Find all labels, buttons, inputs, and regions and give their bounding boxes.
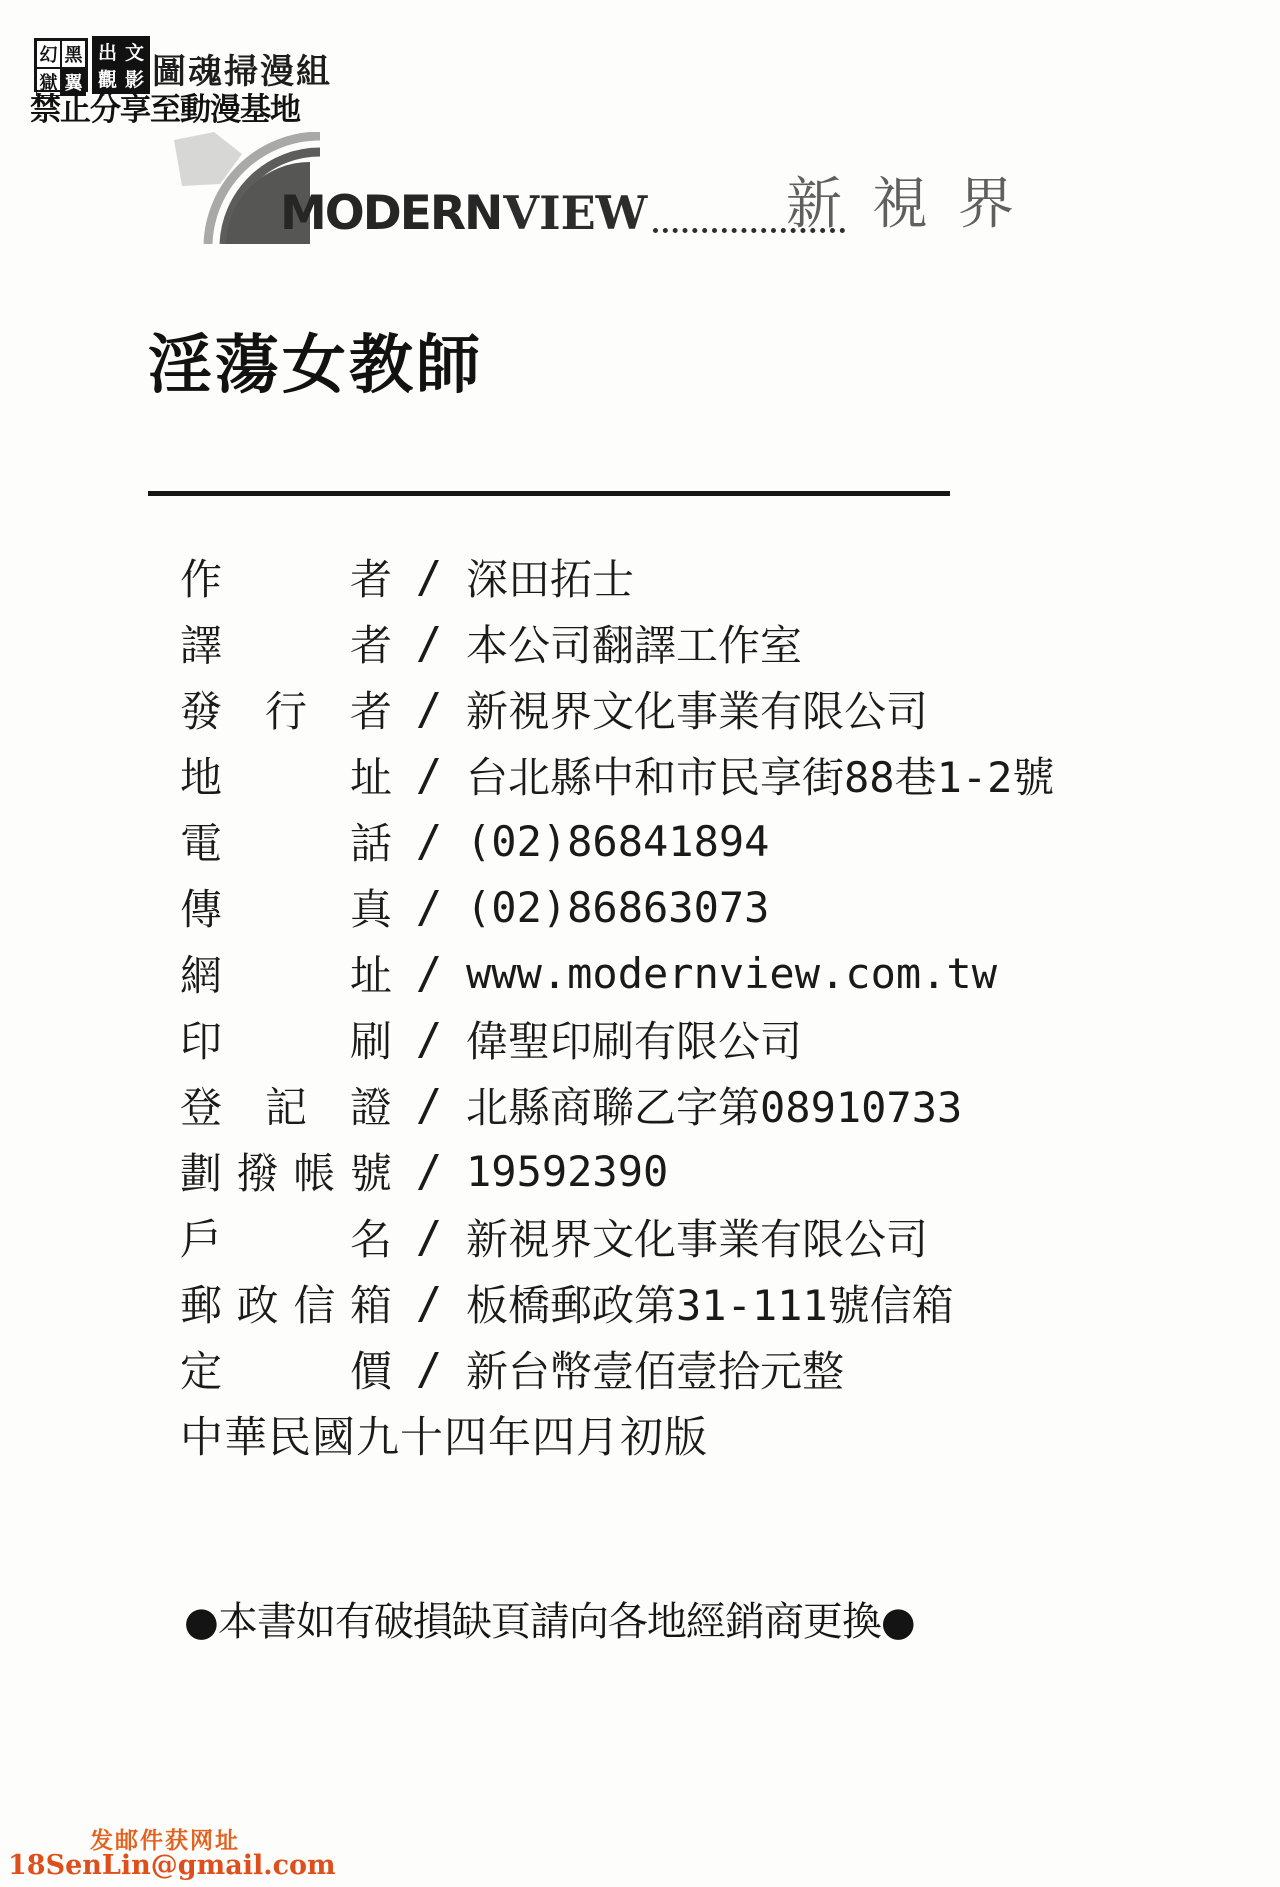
brand-view-text: VIEW <box>503 186 647 240</box>
label-value-separator: / <box>392 1080 466 1131</box>
row-value: (02)86841894 <box>466 817 769 866</box>
label-value-separator: / <box>392 816 466 867</box>
seal-cell: 黑 <box>61 40 86 68</box>
row-value: www.modernview.com.tw <box>466 949 997 998</box>
label-value-separator: / <box>392 1146 466 1197</box>
colophon-row: 戶名/新視界文化事業有限公司 <box>180 1204 1054 1270</box>
row-value: 新台幣壹佰壹拾元整 <box>466 1339 844 1399</box>
row-value: 新視界文化事業有限公司 <box>466 1207 928 1267</box>
label-value-separator: / <box>392 1014 466 1065</box>
label-value-separator: / <box>392 948 466 999</box>
colophon-row: 印刷/偉聖印刷有限公司 <box>180 1006 1054 1072</box>
colophon-row: 網址/www.modernview.com.tw <box>180 940 1054 1006</box>
row-label: 戶名 <box>180 1207 392 1267</box>
colophon-row: 作者/深田拓士 <box>180 544 1054 610</box>
label-value-separator: / <box>392 750 466 801</box>
row-label: 印刷 <box>180 1009 392 1069</box>
row-label: 登記證 <box>180 1075 392 1135</box>
row-label: 傳真 <box>180 877 392 937</box>
label-value-separator: / <box>392 684 466 735</box>
label-value-separator: / <box>392 882 466 933</box>
row-label: 劃撥帳號 <box>180 1141 392 1201</box>
colophon-row: 地址/台北縣中和市民享街88巷1-2號 <box>180 742 1054 808</box>
colophon-page: 幻 黑 獄 翼 出 文 觀 影 圖魂掃漫組 禁止分享至動漫基地 MODERNVI… <box>0 0 1280 1887</box>
row-value: 新視界文化事業有限公司 <box>466 679 928 739</box>
colophon-row: 發行者/新視界文化事業有限公司 <box>180 676 1054 742</box>
row-label: 發行者 <box>180 679 392 739</box>
title-divider <box>148 491 950 496</box>
label-value-separator: / <box>392 1212 466 1263</box>
label-value-separator: / <box>392 552 466 603</box>
share-warning-text: 禁止分享至動漫基地 <box>30 84 300 129</box>
publisher-wordmark: MODERNVIEW <box>280 186 845 241</box>
edition-line: 中華民國九十四年四月初版 <box>180 1404 708 1465</box>
row-value: 偉聖印刷有限公司 <box>466 1009 802 1069</box>
row-value: 台北縣中和市民享街88巷1-2號 <box>466 745 1054 805</box>
colophon-row: 郵政信箱/板橋郵政第31-111號信箱 <box>180 1270 1054 1336</box>
colophon-row: 登記證/北縣商聯乙字第08910733 <box>180 1072 1054 1138</box>
row-value: 19592390 <box>466 1147 668 1196</box>
brand-cjk-text: 新視界 <box>786 160 1044 240</box>
row-label: 郵政信箱 <box>180 1273 392 1333</box>
row-value: 深田拓士 <box>466 547 634 607</box>
row-value: 板橋郵政第31-111號信箱 <box>466 1273 954 1333</box>
brand-modern-text: MODERN <box>280 186 501 241</box>
colophon-row: 劃撥帳號/19592390 <box>180 1138 1054 1204</box>
row-value: 本公司翻譯工作室 <box>466 613 802 673</box>
colophon-row: 傳真/(02)86863073 <box>180 874 1054 940</box>
seal-cell: 出 <box>94 38 121 65</box>
row-label: 定價 <box>180 1339 392 1399</box>
colophon-row: 定價/新台幣壹佰壹拾元整 <box>180 1336 1054 1402</box>
label-value-separator: / <box>392 1344 466 1395</box>
row-value: 北縣商聯乙字第08910733 <box>466 1075 962 1135</box>
row-label: 網址 <box>180 943 392 1003</box>
footer-watermark-email: 18SenLin@gmail.com <box>8 1850 336 1881</box>
row-label: 作者 <box>180 547 392 607</box>
colophon-row: 電話/(02)86841894 <box>180 808 1054 874</box>
colophon-rows: 作者/深田拓士譯者/本公司翻譯工作室發行者/新視界文化事業有限公司地址/台北縣中… <box>180 544 1054 1402</box>
colophon-row: 譯者/本公司翻譯工作室 <box>180 610 1054 676</box>
label-value-separator: / <box>392 1278 466 1329</box>
seal-cell: 幻 <box>36 40 61 68</box>
label-value-separator: / <box>392 618 466 669</box>
seal-cell: 文 <box>121 38 148 65</box>
damage-replacement-notice: ●本書如有破損缺頁請向各地經銷商更換● <box>184 1590 915 1647</box>
book-title: 淫蕩女教師 <box>148 314 483 406</box>
row-label: 電話 <box>180 811 392 871</box>
row-label: 譯者 <box>180 613 392 673</box>
row-label: 地址 <box>180 745 392 805</box>
row-value: (02)86863073 <box>466 883 769 932</box>
